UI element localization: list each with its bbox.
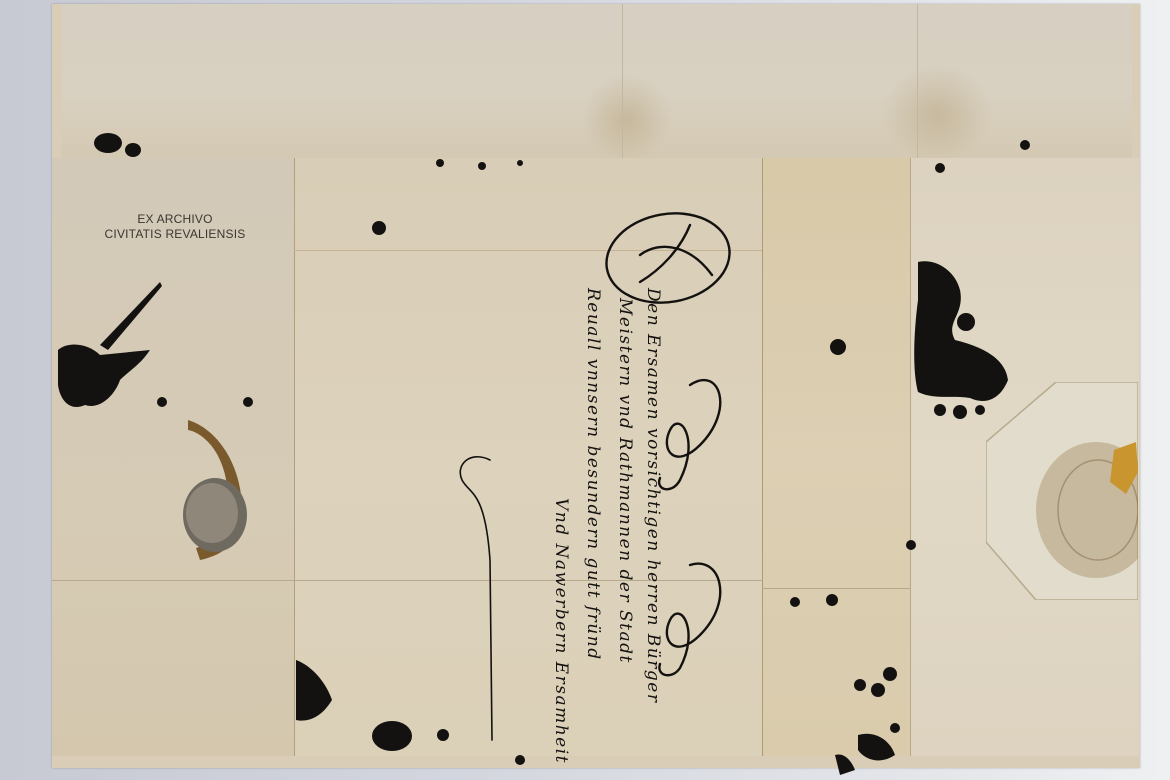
stamp-line-2: CIVITATIS REVALIENSIS (100, 227, 250, 242)
paper-seal-icon (986, 382, 1138, 600)
panel-middle (294, 158, 763, 756)
top-flap (62, 4, 1132, 159)
panel-left (52, 158, 294, 756)
archive-stamp: EX ARCHIVO CIVITATIS REVALIENSIS (100, 212, 250, 242)
fold-line (294, 250, 762, 251)
fold-line (294, 580, 762, 581)
panel-right-inner (762, 158, 911, 756)
stamp-line-1: EX ARCHIVO (100, 212, 250, 227)
fold-line (52, 580, 294, 581)
fold-line (762, 588, 910, 589)
